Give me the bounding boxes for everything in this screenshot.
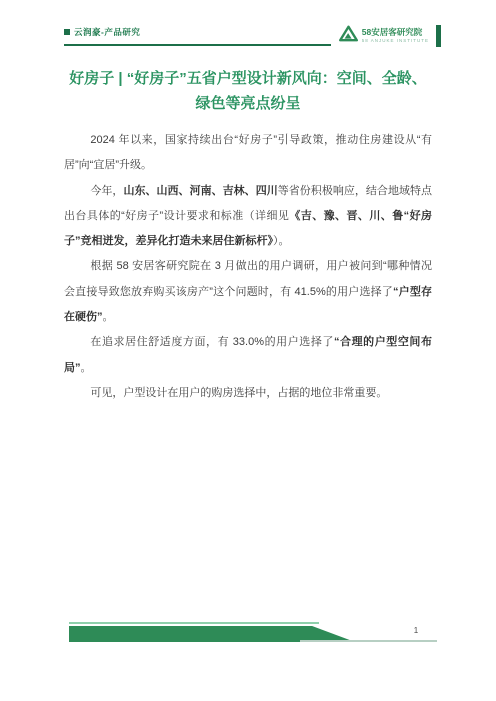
document-page: 云润豪-产品研究 58安居客研究院 58 ANJUKE INSTITUTE 好房…: [0, 0, 496, 701]
text-segment: ）。: [273, 235, 290, 247]
article-title-line-1: 好房子 | “好房子”五省户型设计新风向：空间、全龄、: [64, 66, 432, 91]
header-logo-area: 58安居客研究院 58 ANJUKE INSTITUTE: [339, 25, 441, 47]
paragraph: 可见，户型设计在用户的购房选择中，占据的地位非常重要。: [64, 381, 432, 406]
paragraph: 在追求居住舒适度方面，有 33.0%的用户选择了“合理的户型空间布局”。: [64, 330, 432, 381]
text-segment: 根据 58 安居客研究院在 3 月做出的用户调研，用户被问到“哪种情况会直接导致…: [64, 260, 432, 297]
text-segment: 可见，户型设计在用户的购房选择中，占据的地位非常重要。: [90, 387, 387, 399]
text-segment: 。: [81, 362, 92, 374]
text-segment: 2024 年以来，国家持续出台“好房子”引导政策，推动住房建设从“有居”向“宜居…: [64, 134, 432, 171]
page-header: 云润豪-产品研究 58安居客研究院 58 ANJUKE INSTITUTE: [64, 25, 441, 47]
text-segment: 在追求居住舒适度方面，有 33.0%的用户选择了: [90, 336, 334, 348]
article-title-line-2: 绿色等亮点纷呈: [64, 91, 432, 116]
logo-text: 58安居客研究院 58 ANJUKE INSTITUTE: [362, 28, 429, 43]
footer-rule: [300, 640, 437, 642]
brand-title: 云润豪-产品研究: [74, 26, 140, 38]
brand-square-icon: [64, 29, 70, 35]
paragraph: 今年，山东、山西、河南、吉林、四川等省份积极响应，结合地域特点出台具体的“好房子…: [64, 179, 432, 255]
anjuke-logo: 58安居客研究院 58 ANJUKE INSTITUTE: [339, 25, 429, 47]
logo-triangle-icon: [339, 25, 358, 47]
article-body: 2024 年以来，国家持续出台“好房子”引导政策，推动住房建设从“有居”向“宜居…: [64, 128, 432, 406]
logo-name-cn: 58安居客研究院: [362, 28, 429, 37]
article-title: 好房子 | “好房子”五省户型设计新风向：空间、全龄、 绿色等亮点纷呈: [64, 66, 432, 116]
header-brand: 云润豪-产品研究: [64, 25, 331, 46]
text-segment: 山东、山西、河南、吉林、四川: [123, 185, 277, 197]
text-segment: 今年，: [90, 185, 123, 197]
header-accent-bar: [436, 25, 441, 47]
paragraph: 根据 58 安居客研究院在 3 月做出的用户调研，用户被问到“哪种情况会直接导致…: [64, 254, 432, 330]
logo-name-en: 58 ANJUKE INSTITUTE: [362, 39, 429, 44]
paragraph: 2024 年以来，国家持续出台“好房子”引导政策，推动住房建设从“有居”向“宜居…: [64, 128, 432, 179]
page-number: 1: [408, 626, 424, 635]
footer-accent-line: [69, 622, 319, 624]
text-segment: 。: [103, 311, 114, 323]
